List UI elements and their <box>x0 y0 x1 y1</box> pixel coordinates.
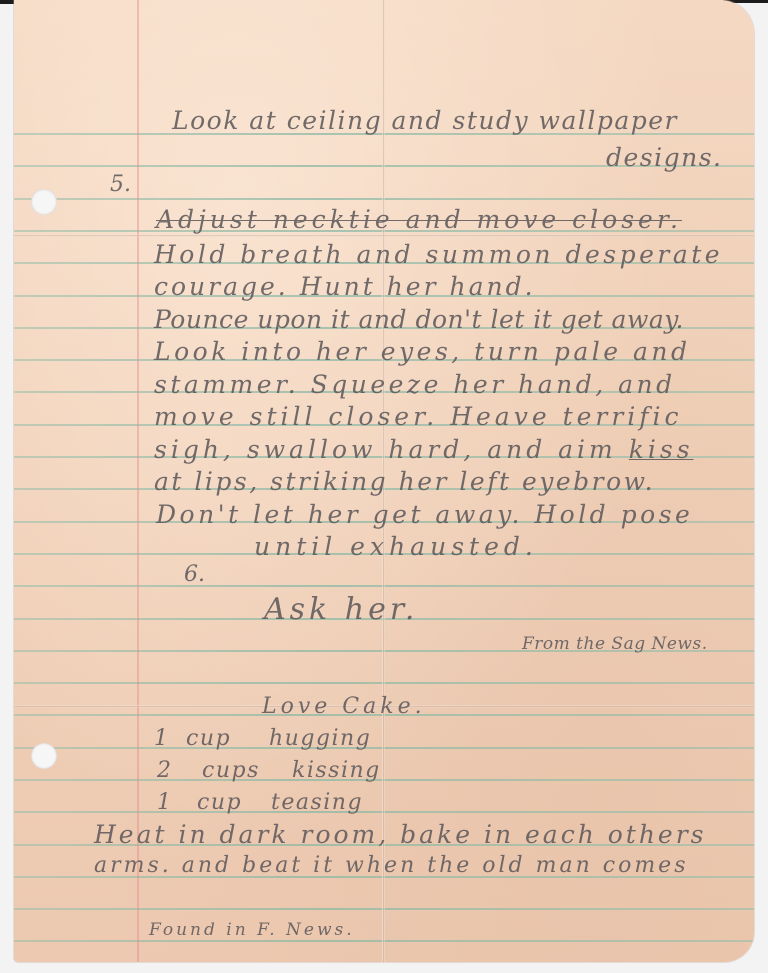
ingredient-unit: cups <box>202 758 260 783</box>
note-line: at lips, striking her left eyebrow. <box>154 467 655 496</box>
recipe-title: Love Cake. <box>262 694 426 719</box>
underlined-word: kiss <box>629 435 694 464</box>
ingredient-qty: 1 <box>157 790 173 815</box>
ruled-paper-sheet: Look at ceiling and study wallpaper desi… <box>14 0 754 962</box>
note-line: Pounce upon it and don't let it get away… <box>154 305 684 334</box>
ingredient-qty: 1 <box>154 726 170 751</box>
ingredient-item: kissing <box>292 758 381 783</box>
horizontal-fold-crease-upper <box>14 234 754 237</box>
note-line: Hold breath and summon desperate <box>154 240 723 269</box>
ingredient-qty: 2 <box>157 758 173 783</box>
section-number: 6. <box>184 562 205 587</box>
punch-hole-upper <box>31 189 57 215</box>
source-citation: Found in F. News. <box>149 920 355 940</box>
scan-edge-shadow-left <box>0 0 14 4</box>
note-line: Don't let her get away. Hold pose <box>156 500 693 529</box>
punch-hole-lower <box>31 743 57 769</box>
ingredient-item: hugging <box>269 726 371 751</box>
source-citation: From the Sag News. <box>522 634 708 654</box>
note-line: courage. Hunt her hand. <box>154 272 536 301</box>
note-line: stammer. Squeeze her hand, and <box>154 370 676 399</box>
ingredient-item: teasing <box>271 790 363 815</box>
recipe-instruction: arms. and beat it when the old man comes <box>94 853 689 878</box>
note-line: move still closer. Heave terrific <box>154 402 683 431</box>
section-text: Ask her. <box>264 592 418 627</box>
note-line: until exhausted. <box>254 532 538 561</box>
note-line: Look into her eyes, turn pale and <box>154 337 690 366</box>
section-number: 5. <box>110 172 131 197</box>
note-line: Look at ceiling and study wallpaper <box>172 106 678 135</box>
margin-line <box>137 0 139 962</box>
ingredient-unit: cup <box>186 726 231 751</box>
recipe-instruction: Heat in dark room, bake in each others <box>94 820 707 849</box>
ingredient-unit: cup <box>197 790 242 815</box>
note-line: Adjust necktie and move closer. <box>156 205 682 234</box>
note-line: designs. <box>606 143 723 172</box>
note-line: sigh, swallow hard, and aim kiss <box>154 435 694 464</box>
